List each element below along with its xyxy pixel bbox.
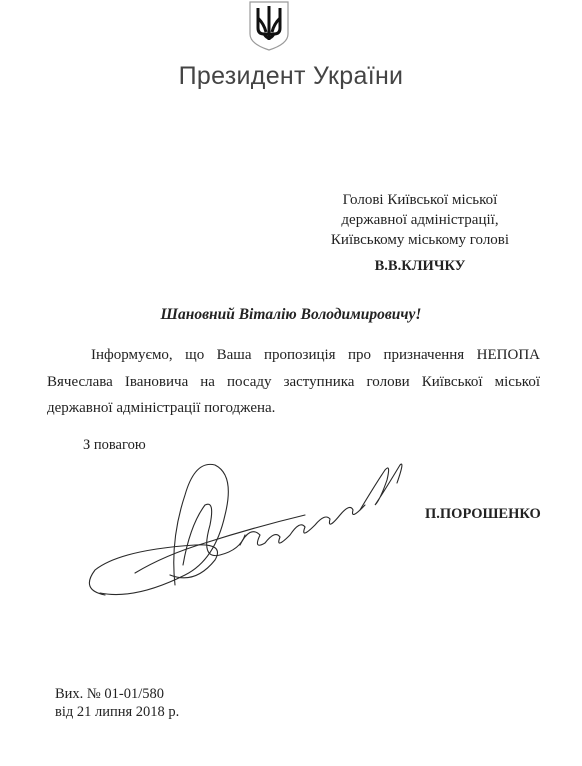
outgoing-reference: Вих. № 01-01/580 від 21 липня 2018 р. [55,685,179,721]
closing-phrase: З повагою [83,437,146,454]
page-title: Президент України [0,62,582,91]
body-paragraph: Інформуємо, що Ваша пропозиція про призн… [47,342,540,422]
signer-name: П.ПОРОШЕНКО [425,506,541,523]
addressee-line: Голові Київської міської [300,190,540,210]
outgoing-number: Вих. № 01-01/580 [55,685,179,703]
addressee-line: Київському міському голові [300,230,540,250]
addressee-line: державної адміністрації, [300,210,540,230]
handwritten-signature-icon [75,455,415,605]
salutation: Шановний Віталію Володимировичу! [0,306,582,324]
addressee-block: Голові Київської міської державної адмін… [300,190,540,250]
outgoing-date: від 21 липня 2018 р. [55,703,179,721]
addressee-name: В.В.КЛИЧКУ [300,258,540,275]
tryzub-coat-of-arms-icon [246,0,292,52]
